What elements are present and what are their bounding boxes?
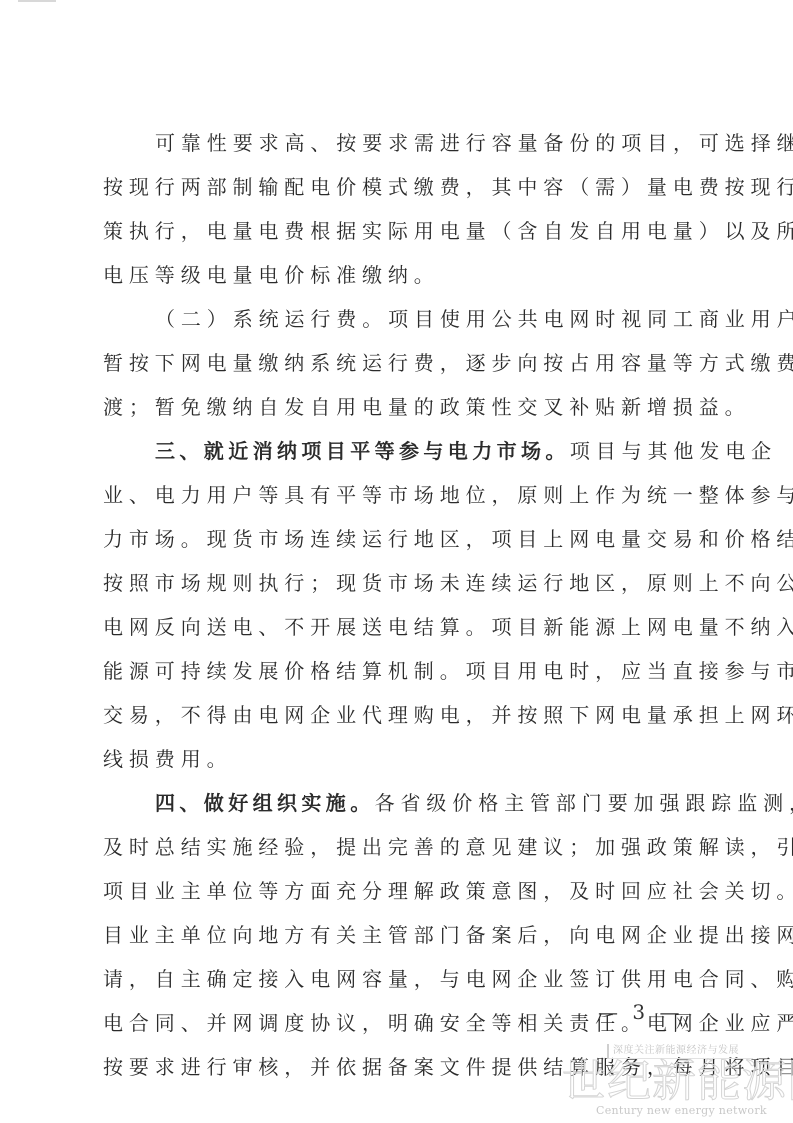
line-text: 各省级价格主管部门要加强跟踪监测，: [375, 791, 793, 815]
line-text: 项目与其他发电企: [570, 439, 777, 463]
text-line: 业、电力用户等具有平等市场地位，原则上作为统一整体参与电: [103, 480, 678, 524]
text-line: 三、就近消纳项目平等参与电力市场。项目与其他发电企: [103, 436, 678, 480]
line-text: 能源可持续发展价格结算机制。项目用电时，应当直接参与市场: [103, 659, 793, 683]
line-text: 业、电力用户等具有平等市场地位，原则上作为统一整体参与电: [103, 483, 793, 507]
line-text: 项目业主单位等方面充分理解政策意图，及时回应社会关切。项: [103, 879, 793, 903]
text-line: 策执行，电量电费根据实际用电量（含自发自用电量）以及所在: [103, 216, 678, 260]
line-text: 暂按下网电量缴纳系统运行费，逐步向按占用容量等方式缴费过: [103, 351, 793, 375]
line-text: 交易，不得由电网企业代理购电，并按照下网电量承担上网环节: [103, 703, 793, 727]
line-text: 力市场。现货市场连续运行地区，项目上网电量交易和价格结算: [103, 527, 793, 551]
text-line: 可靠性要求高、按要求需进行容量备份的项目，可选择继续: [103, 128, 678, 172]
text-line: 请，自主确定接入电网容量，与电网企业签订供用电合同、购售: [103, 964, 678, 1008]
text-line: 能源可持续发展价格结算机制。项目用电时，应当直接参与市场: [103, 656, 678, 700]
line-text: 策执行，电量电费根据实际用电量（含自发自用电量）以及所在: [103, 219, 793, 243]
text-line: 项目业主单位等方面充分理解政策意图，及时回应社会关切。项: [103, 876, 678, 920]
text-line: 力市场。现货市场连续运行地区，项目上网电量交易和价格结算: [103, 524, 678, 568]
line-text: 电压等级电量电价标准缴纳。: [103, 263, 440, 287]
line-text: （二）系统运行费。项目使用公共电网时视同工商业用户，: [155, 307, 793, 331]
text-line: 线损费用。: [103, 744, 678, 788]
watermark-logo-text: 世纪新能源网: [562, 1058, 793, 1106]
text-line: 目业主单位向地方有关主管部门备案后，向电网企业提出接网申: [103, 920, 678, 964]
text-line: 按照市场规则执行；现货市场未连续运行地区，原则上不向公共: [103, 568, 678, 612]
line-text: 目业主单位向地方有关主管部门备案后，向电网企业提出接网申: [103, 923, 793, 947]
section-heading: 四、做好组织实施。: [155, 791, 375, 815]
text-line: 电网反向送电、不开展送电结算。项目新能源上网电量不纳入新: [103, 612, 678, 656]
section-heading: 三、就近消纳项目平等参与电力市场。: [155, 439, 570, 463]
line-text: 渡；暂免缴纳自发自用电量的政策性交叉补贴新增损益。: [103, 395, 751, 419]
watermark-subtitle: Century new energy network: [596, 1104, 767, 1117]
document-body: 可靠性要求高、按要求需进行容量备份的项目，可选择继续按现行两部制输配电价模式缴费…: [103, 128, 678, 1096]
text-line: 暂按下网电量缴纳系统运行费，逐步向按占用容量等方式缴费过: [103, 348, 678, 392]
text-line: 电合同、并网调度协议，明确安全等相关责任。电网企业应严格: [103, 1008, 678, 1052]
line-text: 可靠性要求高、按要求需进行容量备份的项目，可选择继续: [155, 131, 793, 155]
text-line: 按现行两部制输配电价模式缴费，其中容（需）量电费按现行政: [103, 172, 678, 216]
line-text: 电合同、并网调度协议，明确安全等相关责任。电网企业应严格: [103, 1011, 793, 1035]
line-text: 线损费用。: [103, 747, 233, 771]
line-text: 及时总结实施经验，提出完善的意见建议；加强政策解读，引导: [103, 835, 793, 859]
text-line: 交易，不得由电网企业代理购电，并按照下网电量承担上网环节: [103, 700, 678, 744]
text-line: 及时总结实施经验，提出完善的意见建议；加强政策解读，引导: [103, 832, 678, 876]
scan-edge-mark: [18, 0, 56, 2]
page-number: — 3 —: [598, 1000, 683, 1024]
line-text: 按现行两部制输配电价模式缴费，其中容（需）量电费按现行政: [103, 175, 793, 199]
text-line: （二）系统运行费。项目使用公共电网时视同工商业用户，: [103, 304, 678, 348]
text-line: 电压等级电量电价标准缴纳。: [103, 260, 678, 304]
line-text: 请，自主确定接入电网容量，与电网企业签订供用电合同、购售: [103, 967, 793, 991]
line-text: 按照市场规则执行；现货市场未连续运行地区，原则上不向公共: [103, 571, 793, 595]
text-line: 四、做好组织实施。各省级价格主管部门要加强跟踪监测，: [103, 788, 678, 832]
text-line: 渡；暂免缴纳自发自用电量的政策性交叉补贴新增损益。: [103, 392, 678, 436]
line-text: 电网反向送电、不开展送电结算。项目新能源上网电量不纳入新: [103, 615, 793, 639]
